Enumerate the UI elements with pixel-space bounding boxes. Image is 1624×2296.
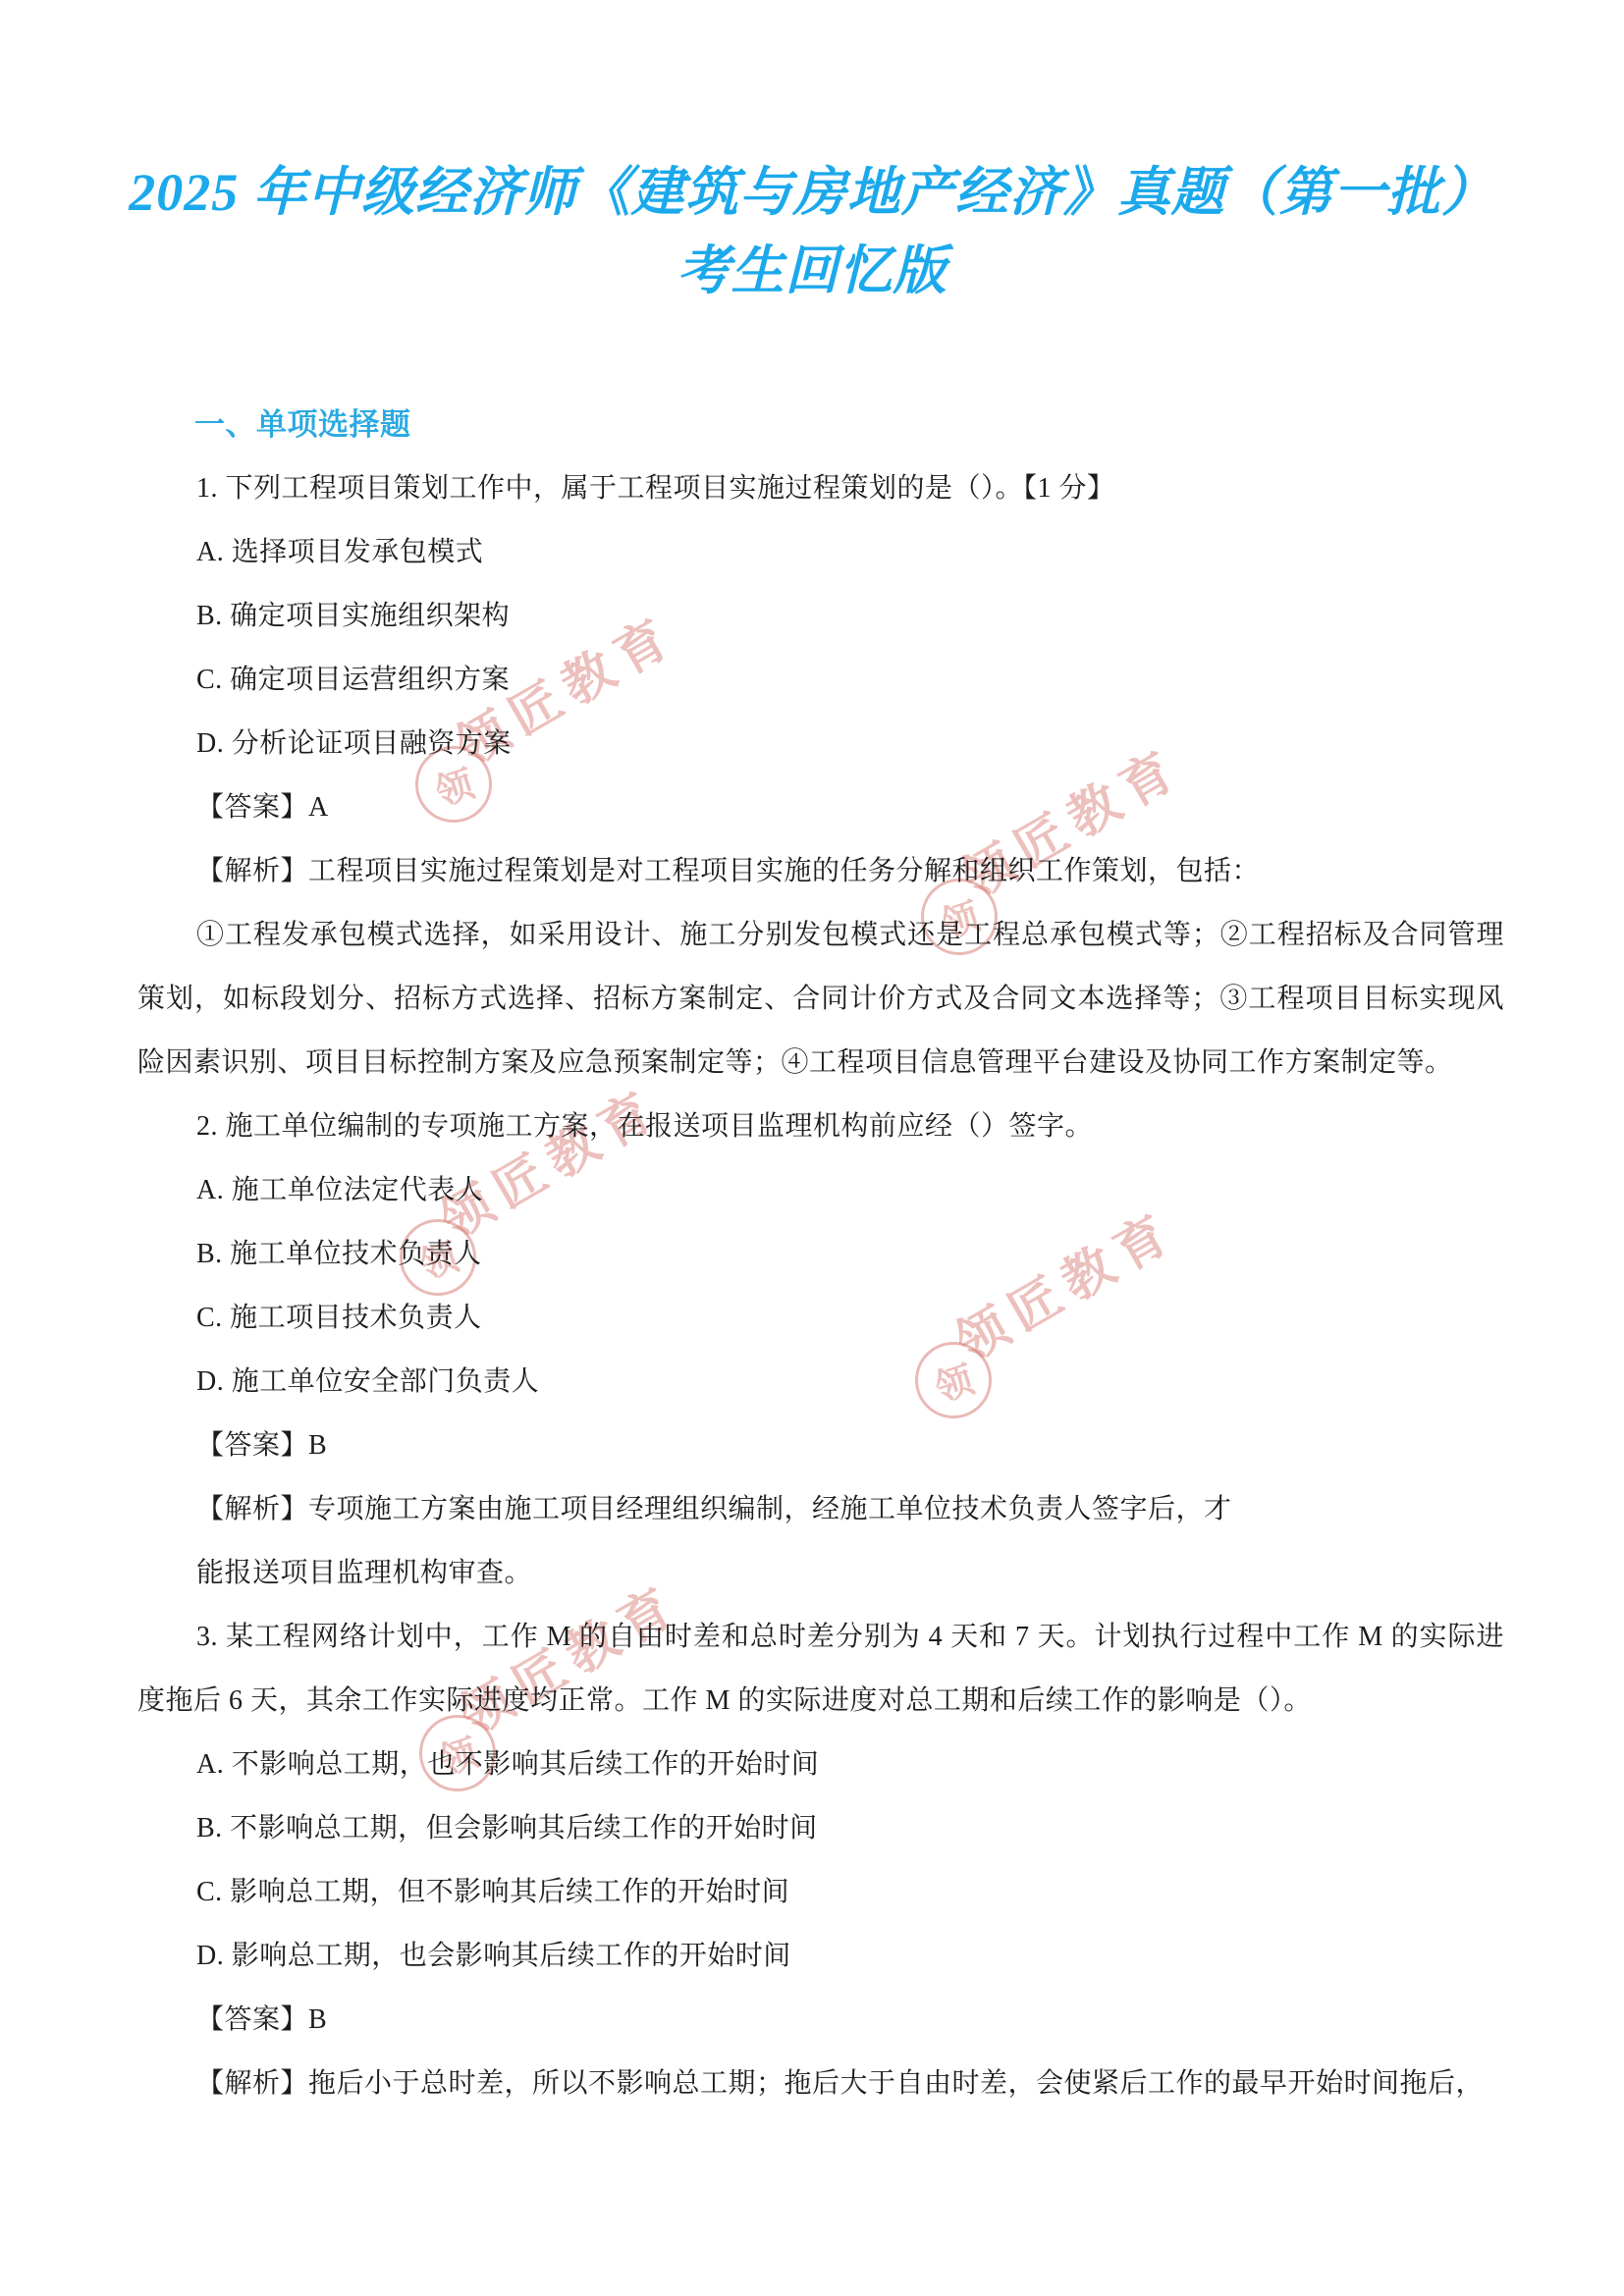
question-3-stem: 3. 某工程网络计划中，工作 M 的自由时差和总时差分别为 4 天和 7 天。计… [137,1605,1504,1733]
question-2-option-b: B. 施工单位技术负责人 [137,1222,1504,1286]
question-1-stem: 1. 下列工程项目策划工作中，属于工程项目实施过程策划的是（）。【1 分】 [137,456,1504,520]
question-2-answer: 【答案】B [137,1414,1504,1477]
question-3-analysis-line1: 【解析】拖后小于总时差，所以不影响总工期；拖后大于自由时差，会使紧后工作的最早开… [137,2052,1504,2115]
question-2-option-d: D. 施工单位安全部门负责人 [137,1350,1504,1414]
exam-page: 领 领匠教育 领 领匠教育 领 领匠教育 领 领匠教育 领 领匠教育 2025 … [0,0,1624,2296]
question-2-analysis-line2: 能报送项目监理机构审查。 [137,1541,1504,1605]
page-title-line1: 2025 年中级经济师《建筑与房地产经济》真题（第一批） [129,163,1495,222]
question-1-option-c: C. 确定项目运营组织方案 [137,648,1504,712]
question-2-option-c: C. 施工项目技术负责人 [137,1286,1504,1350]
question-3-option-c: C. 影响总工期，但不影响其后续工作的开始时间 [137,1860,1504,1924]
page-title-line2: 考生回忆版 [677,241,947,300]
question-3-option-d: D. 影响总工期，也会影响其后续工作的开始时间 [137,1924,1504,1988]
question-1-answer: 【答案】A [137,775,1504,839]
question-2-analysis-line1: 【解析】专项施工方案由施工项目经理组织编制，经施工单位技术负责人签字后，才 [137,1477,1504,1541]
question-2-option-a: A. 施工单位法定代表人 [137,1158,1504,1222]
question-1-analysis-detail: ①工程发承包模式选择，如采用设计、施工分别发包模式还是工程总承包模式等；②工程招… [137,903,1504,1095]
section-heading: 一、单项选择题 [137,393,1504,456]
question-1-option-d: D. 分析论证项目融资方案 [137,712,1504,775]
question-3-option-a: A. 不影响总工期，也不影响其后续工作的开始时间 [137,1733,1504,1796]
question-1-option-a: A. 选择项目发承包模式 [137,520,1504,584]
exam-content: 一、单项选择题 1. 下列工程项目策划工作中，属于工程项目实施过程策划的是（）。… [137,393,1504,2115]
question-1-option-b: B. 确定项目实施组织架构 [137,584,1504,648]
question-3-answer: 【答案】B [137,1988,1504,2052]
question-3-option-b: B. 不影响总工期，但会影响其后续工作的开始时间 [137,1796,1504,1860]
question-1-analysis-intro: 【解析】工程项目实施过程策划是对工程项目实施的任务分解和组织工作策划，包括： [137,839,1504,903]
question-2-stem: 2. 施工单位编制的专项施工方案，在报送项目监理机构前应经（）签字。 [137,1095,1504,1158]
page-title: 2025 年中级经济师《建筑与房地产经济》真题（第一批） 考生回忆版 [0,153,1624,310]
